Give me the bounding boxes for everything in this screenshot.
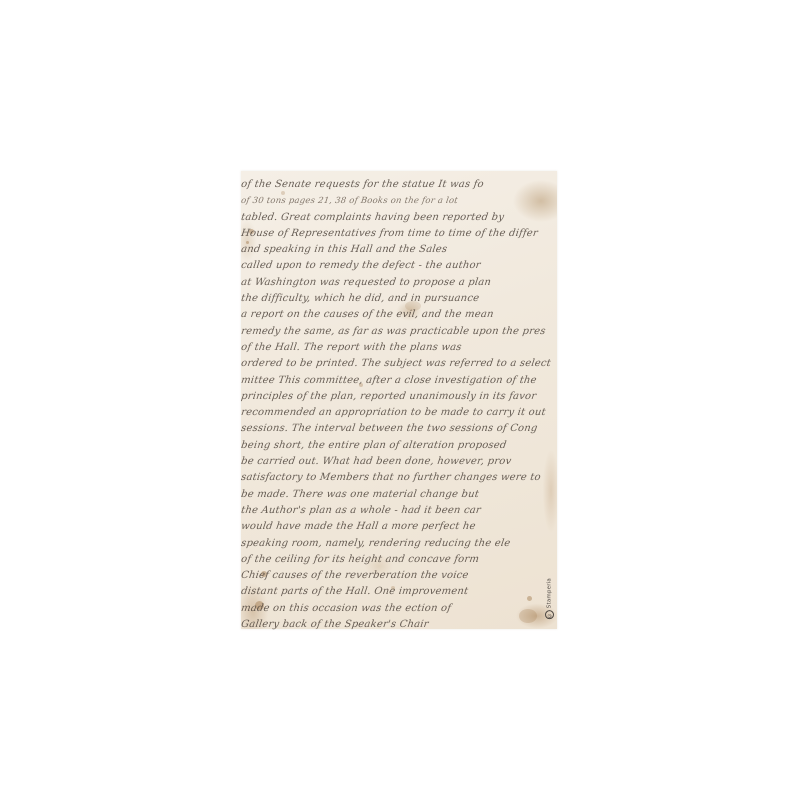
copyright-icon: © [545, 610, 554, 619]
script-line: ordered to be printed. The subject was r… [240, 356, 554, 372]
script-line: would have made the Hall a more perfect … [240, 519, 554, 535]
script-line: sessions. The interval between the two s… [240, 421, 554, 437]
script-line: a report on the causes of the evil, and … [240, 307, 554, 323]
script-line: of the Senate requests for the statue It… [240, 177, 554, 193]
script-line: Chief causes of the reverberation the vo… [240, 568, 554, 584]
script-line: principles of the plan, reported unanimo… [240, 389, 554, 405]
copyright-mark: © Stamperia [545, 578, 554, 621]
script-line: being short, the entire plan of alterati… [240, 438, 554, 454]
script-line: speaking room, namely, rendering reducin… [240, 536, 554, 552]
script-line: of 30 tons pages 21, 38 of Books on the … [240, 193, 554, 209]
brand-name: Stamperia [547, 578, 553, 608]
script-line: recommended an appropriation to be made … [240, 405, 554, 421]
script-line: mittee This committee, after a close inv… [240, 373, 554, 389]
script-line: be carried out. What had been done, howe… [240, 454, 554, 470]
script-line: distant parts of the Hall. One improveme… [240, 584, 554, 600]
script-line: at Washington was requested to propose a… [240, 275, 554, 291]
script-line: the difficulty, which he did, and in pur… [240, 291, 554, 307]
script-line: called upon to remedy the defect - the a… [240, 258, 554, 274]
script-line: tabled. Great complaints having been rep… [240, 210, 554, 226]
script-line: of the Hall. The report with the plans w… [240, 340, 554, 356]
handwritten-text: of the Senate requests for the statue It… [241, 177, 557, 629]
script-line: House of Representatives from time to ti… [240, 226, 554, 242]
script-line: remedy the same, as far as was practicab… [240, 324, 554, 340]
script-line: the Author's plan as a whole - had it be… [240, 503, 554, 519]
vintage-script-paper: of the Senate requests for the statue It… [241, 171, 557, 629]
script-line: of the ceiling for its height and concav… [240, 552, 554, 568]
script-line: be made. There was one material change b… [240, 487, 554, 503]
script-line: made on this occasion was the ection of [240, 601, 554, 617]
script-line: and speaking in this Hall and the Sales [240, 242, 554, 258]
script-line: satisfactory to Members that no further … [240, 470, 554, 486]
script-line: Gallery back of the Speaker's Chair [240, 617, 554, 633]
